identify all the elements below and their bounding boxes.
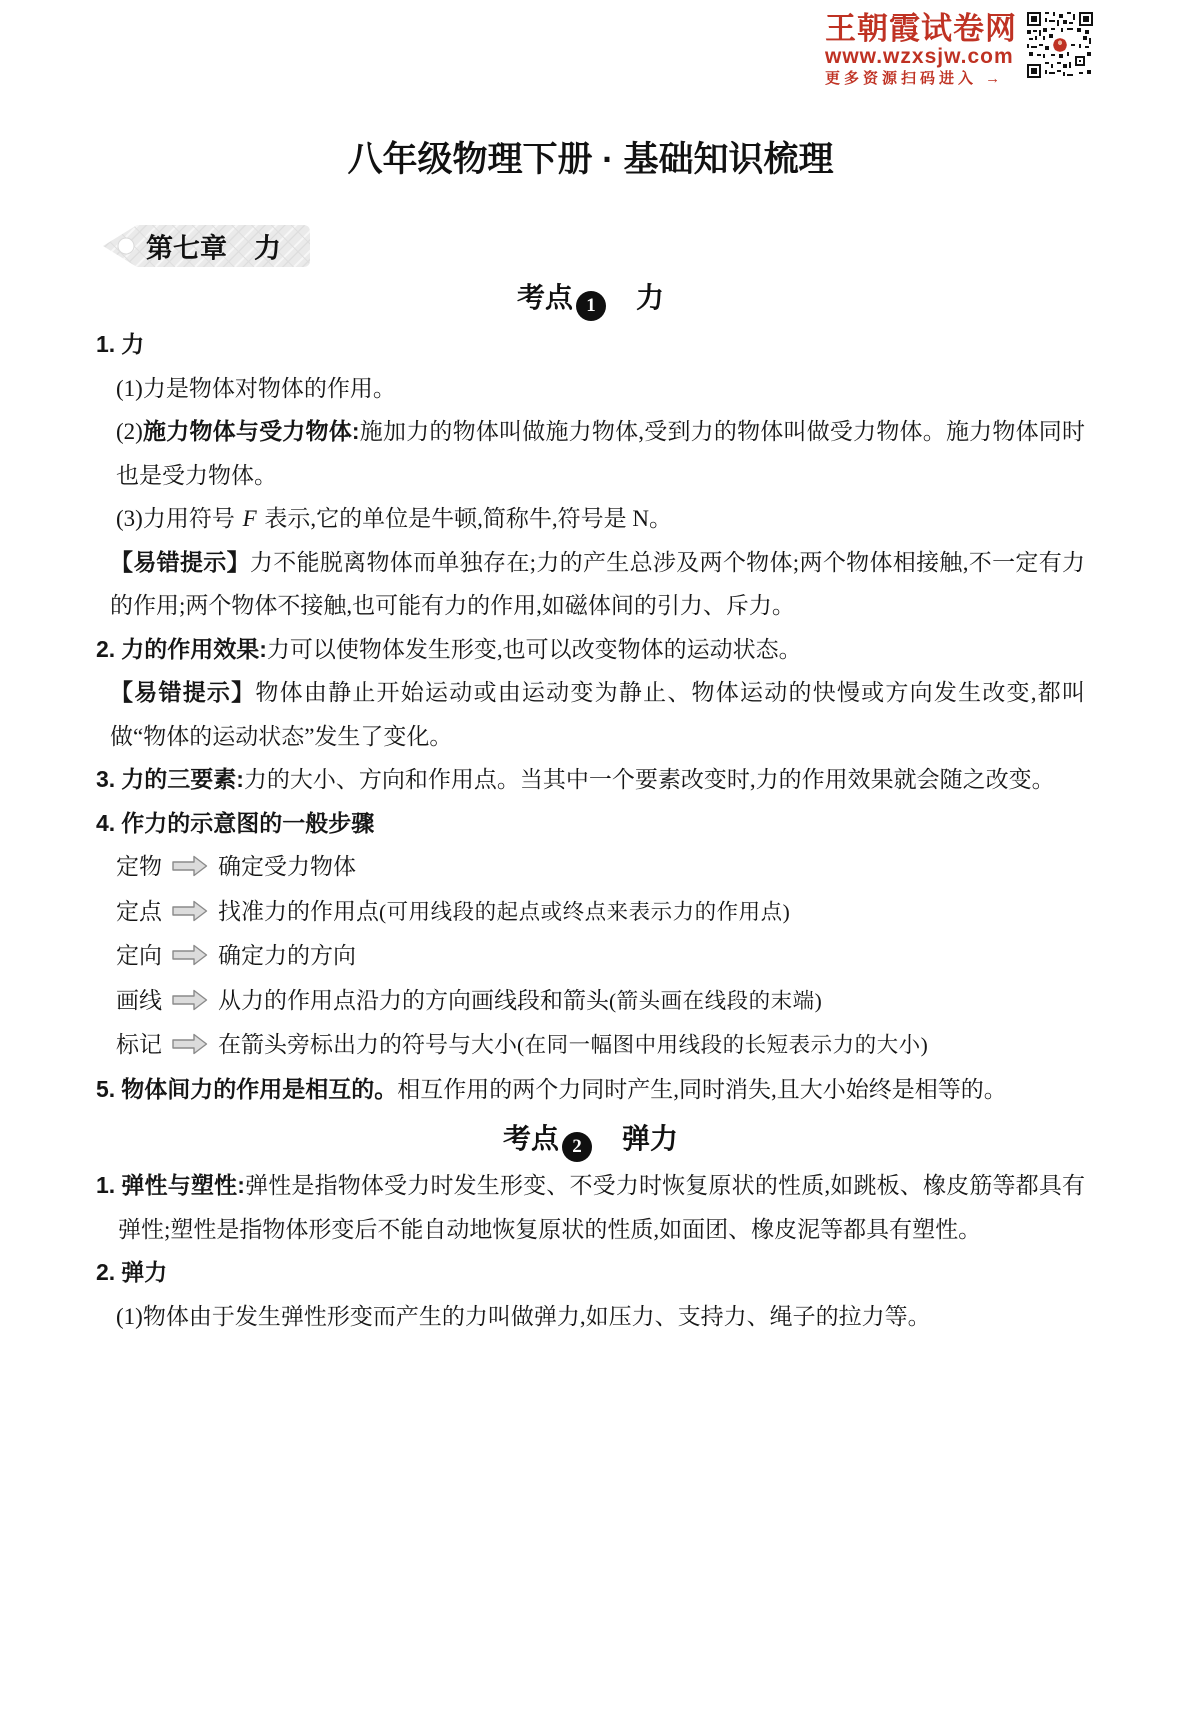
step-label: 标记: [116, 1032, 162, 1057]
brand-text-block: 王朝霞试卷网 www.wzxsjw.com 更多资源扫码进入 →: [825, 12, 1017, 89]
list-item-1: 1.弹性与塑性:弹性是指物体受力时发生形变、不受力时恢复原状的性质,如跳板、橡皮…: [96, 1164, 1085, 1251]
step-text: 确定受力物体: [218, 854, 356, 879]
sub-item-1-1: (1)力是物体对物体的作用。: [96, 367, 1085, 411]
error-tip-1: 【易错提示】力不能脱离物体而单独存在;力的产生总涉及两个物体;两个物体相接触,不…: [96, 541, 1085, 628]
sub-item-text: 表示,它的单位是牛顿,简称牛,符号是 N。: [259, 506, 672, 531]
item-number: 1.: [96, 331, 121, 357]
step-label: 画线: [116, 988, 162, 1013]
step-text: 在箭头旁标出力的符号与大小: [218, 1032, 517, 1057]
sub-item-1-2: (2)施力物体与受力物体:施加力的物体叫做施力物体,受到力的物体叫做受力物体。施…: [96, 410, 1085, 497]
step-text: 从力的作用点沿力的方向画线段和箭头: [218, 988, 609, 1013]
step-note: (箭头画在线段的末端): [609, 989, 822, 1013]
step-arrow-icon: [172, 900, 208, 922]
error-tip-label: 【易错提示】: [110, 679, 255, 705]
error-tip-2: 【易错提示】物体由静止开始运动或由运动变为静止、物体运动的快慢或方向发生改变,都…: [96, 671, 1085, 758]
item-number: 3.: [96, 766, 121, 792]
step-arrow-icon: [172, 855, 208, 877]
step-arrow-icon: [172, 989, 208, 1011]
sub-item-marker: (2): [116, 419, 143, 444]
list-item-3: 3.力的三要素:力的大小、方向和作用点。当其中一个要素改变时,力的作用效果就会随…: [96, 758, 1085, 802]
chapter-tag: 第七章 力: [100, 222, 314, 270]
list-item-2: 2.力的作用效果:力可以使物体发生形变,也可以改变物体的运动状态。: [96, 628, 1085, 672]
step-row-5: 标记在箭头旁标出力的符号与大小(在同一幅图中用线段的长短表示力的大小): [116, 1023, 1085, 1068]
brand-header: 王朝霞试卷网 www.wzxsjw.com 更多资源扫码进入 →: [825, 12, 1093, 89]
step-label: 定向: [116, 943, 162, 968]
sub-item-keyword: 施力物体与受力物体:: [143, 418, 360, 444]
step-arrow-icon: [172, 1033, 208, 1055]
brand-logo-text: 王朝霞试卷网: [825, 12, 1017, 45]
step-arrow-icon: [172, 944, 208, 966]
sub-item-2-1: (1)物体由于发生弹性形变而产生的力叫做弹力,如压力、支持力、绳子的拉力等。: [96, 1295, 1085, 1339]
list-item-2: 2.弹力: [96, 1251, 1085, 1295]
step-row-4: 画线从力的作用点沿力的方向画线段和箭头(箭头画在线段的末端): [116, 979, 1085, 1024]
force-symbol: F: [241, 506, 259, 531]
step-note: (可用线段的起点或终点来表示力的作用点): [379, 900, 790, 924]
item-keyword: 力的作用效果:: [121, 636, 267, 662]
section-prefix: 考点: [517, 282, 573, 313]
item-keyword: 作力的示意图的一般步骤: [121, 810, 374, 836]
item-keyword: 力: [121, 331, 144, 357]
chapter-title: 第七章 力: [146, 227, 281, 266]
step-row-2: 定点找准力的作用点(可用线段的起点或终点来表示力的作用点): [116, 890, 1085, 935]
circled-number-2-icon: 2: [562, 1132, 592, 1162]
item-number: 1.: [96, 1172, 121, 1198]
brand-website-url: www.wzxsjw.com: [825, 45, 1017, 69]
circled-number-1-icon: 1: [576, 291, 606, 321]
item-text: 相互作用的两个力同时产生,同时消失,且大小始终是相等的。: [397, 1077, 1007, 1102]
brand-tagline: 更多资源扫码进入 →: [825, 69, 1017, 89]
item-text: 弹性是指物体受力时发生形变、不受力时恢复原状的性质,如跳板、橡皮筋等都具有弹性;…: [118, 1173, 1085, 1242]
document-page: 王朝霞试卷网 www.wzxsjw.com 更多资源扫码进入 →: [0, 0, 1181, 1730]
sub-item-1-3: (3)力用符号 F 表示,它的单位是牛顿,简称牛,符号是 N。: [96, 497, 1085, 541]
item-text: 力可以使物体发生形变,也可以改变物体的运动状态。: [267, 637, 802, 662]
section-prefix: 考点: [503, 1123, 559, 1154]
section-heading-force: 考点1力: [96, 278, 1085, 321]
step-row-3: 定向确定力的方向: [116, 934, 1085, 979]
item-keyword: 弹性与塑性:: [121, 1172, 245, 1198]
step-note: (在同一幅图中用线段的长短表示力的大小): [517, 1033, 928, 1057]
item-number: 4.: [96, 810, 121, 836]
step-row-1: 定物确定受力物体: [116, 845, 1085, 890]
step-text: 确定力的方向: [218, 943, 356, 968]
qr-code-icon: [1027, 12, 1093, 78]
list-item-5: 5.物体间力的作用是相互的。相互作用的两个力同时产生,同时消失,且大小始终是相等…: [96, 1068, 1085, 1112]
item-number: 5.: [96, 1076, 121, 1102]
section-heading-elastic-force: 考点2弹力: [96, 1119, 1085, 1162]
error-tip-text: 力不能脱离物体而单独存在;力的产生总涉及两个物体;两个物体相接触,不一定有力的作…: [110, 550, 1085, 619]
content-area: 考点1力 1.力 (1)力是物体对物体的作用。 (2)施力物体与受力物体:施加力…: [0, 278, 1181, 1338]
section-title: 弹力: [622, 1123, 678, 1154]
item-number: 2.: [96, 1259, 121, 1285]
section-title: 力: [636, 282, 664, 313]
item-text: 力的大小、方向和作用点。当其中一个要素改变时,力的作用效果就会随之改变。: [244, 767, 1055, 792]
item-keyword: 力的三要素:: [121, 766, 244, 792]
item-keyword: 弹力: [121, 1259, 167, 1285]
sub-item-text: (3)力用符号: [116, 506, 241, 531]
item-keyword: 物体间力的作用是相互的。: [121, 1076, 397, 1102]
list-item-4: 4.作力的示意图的一般步骤: [96, 802, 1085, 846]
error-tip-label: 【易错提示】: [110, 549, 250, 575]
error-tip-text: 物体由静止开始运动或由运动变为静止、物体运动的快慢或方向发生改变,都叫做“物体的…: [110, 680, 1085, 749]
step-text: 找准力的作用点: [218, 899, 379, 924]
list-item-1: 1.力: [96, 323, 1085, 367]
step-label: 定物: [116, 854, 162, 879]
force-diagram-steps: 定物确定受力物体 定点找准力的作用点(可用线段的起点或终点来表示力的作用点) 定…: [96, 845, 1085, 1068]
step-label: 定点: [116, 899, 162, 924]
item-number: 2.: [96, 636, 121, 662]
